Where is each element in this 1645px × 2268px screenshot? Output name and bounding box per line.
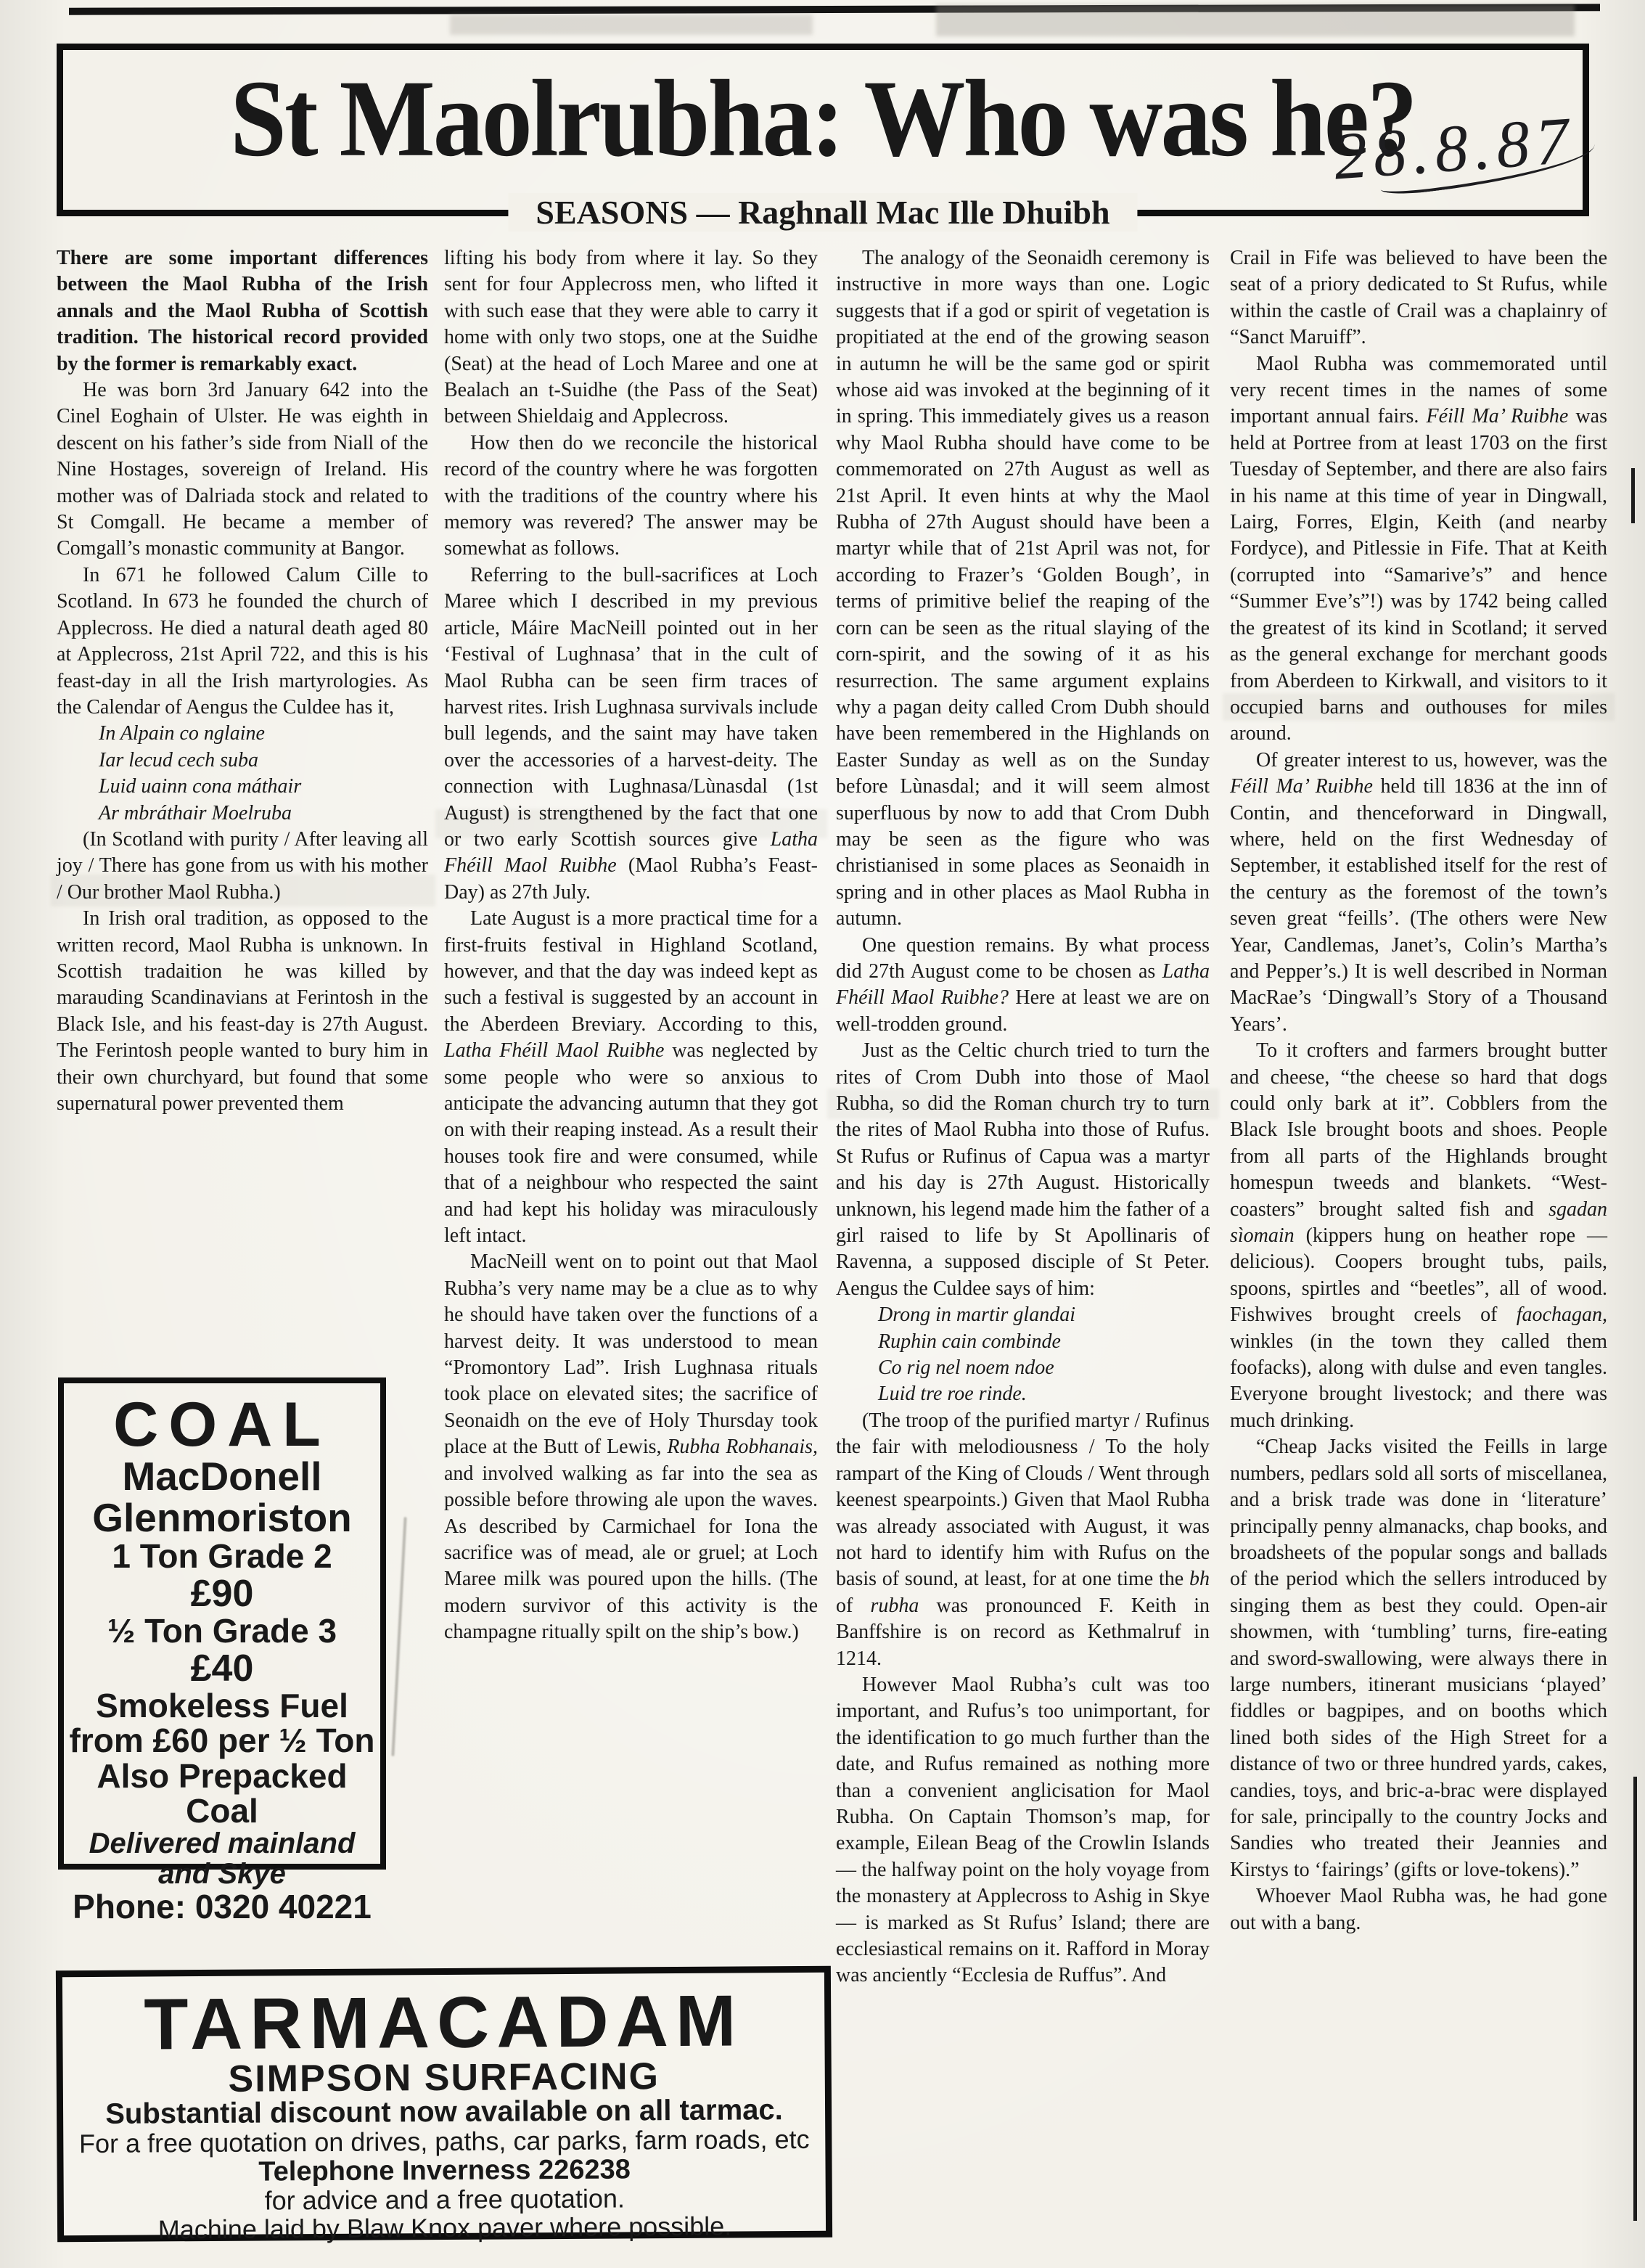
coal-advert-price: £40 [191,1649,254,1689]
article-column-4: Crail in Fife was believed to have been … [1230,245,1607,1936]
article-column-3: The analogy of the Seonaidh ceremony is … [836,245,1210,1989]
verse-line: Luid uainn cona máthair [57,774,428,800]
scan-edge-line [1633,1777,1637,2221]
paragraph: Of greater interest to us, however, was … [1230,748,1607,1038]
paragraph: Crail in Fife was believed to have been … [1230,245,1607,351]
paragraph: One question remains. By what process di… [836,933,1210,1039]
paragraph: lifting his body from where it lay. So t… [444,245,818,430]
paragraph: Referring to the bull-sacrifices at Loch… [444,562,818,906]
verse-line: Ruphin cain combinde [836,1329,1210,1355]
verse-line: Drong in martir glandai [836,1302,1210,1328]
article-column-1: There are some important differences bet… [57,245,428,1117]
coal-advert-title: COAL [113,1393,331,1456]
paragraph: To it crofters and farmers brought butte… [1230,1038,1607,1434]
paragraph: “Cheap Jacks visited the Feills in large… [1230,1434,1607,1883]
coal-advert-name: Glenmoriston [92,1497,352,1539]
coal-advert-item: ½ Ton Grade 3 [107,1613,337,1648]
paragraph: There are some important differences bet… [57,245,428,377]
coal-advert-item: Also Prepacked Coal [68,1759,376,1829]
scan-edge-line [1631,468,1635,523]
verse-line: Co rig nel noem ndoe [836,1355,1210,1381]
tarmacadam-advert-phone: Telephone Inverness 226238 [258,2155,631,2187]
paragraph: (The troop of the purified martyr / Rufi… [836,1408,1210,1672]
scan-artifact [391,1517,406,1756]
tarmacadam-advert-subtitle: SIMPSON SURFACING [228,2058,660,2098]
coal-advert-name: MacDonell [122,1456,321,1497]
coal-advert-item: from £60 per ½ Ton [70,1723,375,1758]
paragraph: Whoever Maol Rubha was, he had gone out … [1230,1883,1607,1936]
coal-advert: COAL MacDonell Glenmoriston 1 Ton Grade … [58,1377,386,1870]
byline: SEASONS — Raghnall Mac Ille Dhuibh [508,193,1137,232]
verse-line: Luid tre roe rinde. [836,1381,1210,1407]
verse-line: Ar mbráthair Moelruba [57,801,428,827]
tarmacadam-advert-line: For a free quotation on drives, paths, c… [79,2126,810,2158]
coal-advert-item: Smokeless Fuel [96,1688,348,1723]
paragraph: In Irish oral tradition, as opposed to t… [57,906,428,1117]
paragraph: However Maol Rubha’s cult was too import… [836,1672,1210,1989]
paragraph: Maol Rubha was commemorated until very r… [1230,351,1607,748]
tarmacadam-advert-line: Machine laid by Blaw Knox paver where po… [158,2213,732,2245]
coal-advert-note: Delivered mainland [89,1828,356,1859]
paragraph: Late August is a more practical time for… [444,906,818,1249]
paragraph: How then do we reconcile the historical … [444,430,818,562]
paragraph: In 671 he followed Calum Cille to Scotla… [57,562,428,721]
tarmacadam-advert-title: TARMACADAM [144,1984,743,2060]
paragraph: The analogy of the Seonaidh ceremony is … [836,245,1210,933]
paragraph: MacNeill went on to point out that Maol … [444,1249,818,1645]
tarmacadam-advert-line: for advice and a free quotation. [265,2185,625,2216]
coal-advert-phone: Phone: 0320 40221 [73,1889,372,1924]
verse-line: In Alpain co nglaine [57,721,428,747]
paragraph: (In Scotland with purity / After leaving… [57,827,428,906]
tarmacadam-advert: TARMACADAM SIMPSON SURFACING Substantial… [56,1966,832,2243]
coal-advert-note: and Skye [158,1859,286,1889]
verse-line: Iar lecud cech suba [57,748,428,774]
scan-artifact [450,15,813,35]
newspaper-clipping-page: St Maolrubha: Who was he? SEASONS — Ragh… [0,0,1645,2268]
coal-advert-item: 1 Ton Grade 2 [112,1539,332,1573]
coal-advert-price: £90 [191,1574,254,1614]
article-column-2: lifting his body from where it lay. So t… [444,245,818,1646]
paragraph: He was born 3rd January 642 into the Cin… [57,377,428,562]
scan-artifact [936,4,1575,36]
paragraph: Just as the Celtic church tried to turn … [836,1038,1210,1302]
